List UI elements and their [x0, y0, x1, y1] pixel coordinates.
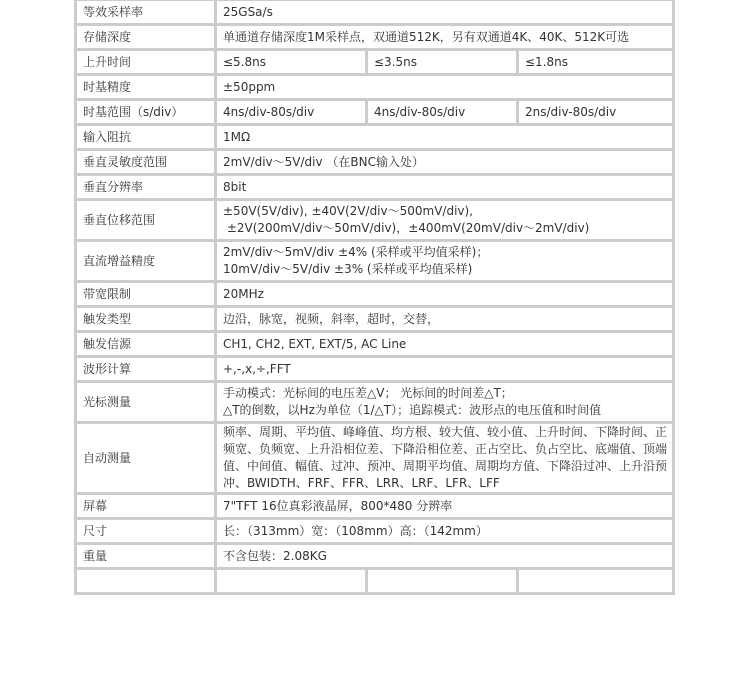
spec-value: ±50ppm: [216, 75, 674, 100]
spec-label: 触发类型: [76, 307, 216, 332]
spec-value-col2: ≤3.5ns: [367, 50, 518, 75]
spec-label: 直流增益精度: [76, 241, 216, 282]
spec-value: 不含包装：2.08KG: [216, 544, 674, 569]
spec-value: 单通道存储深度1M采样点，双通道512K，另有双通道4K、40K、512K可选: [216, 25, 674, 50]
spec-value-col2: [367, 569, 518, 594]
table-row-bandwidth-limit: 带宽限制 20MHz: [76, 282, 674, 307]
spec-label: 重量: [76, 544, 216, 569]
spec-table: 等效采样率 25GSa/s 存储深度 单通道存储深度1M采样点，双通道512K，…: [74, 0, 675, 595]
spec-value: 1MΩ: [216, 125, 674, 150]
spec-label: 自动测量: [76, 423, 216, 494]
spec-label: 垂直位移范围: [76, 200, 216, 241]
table-row-memory-depth: 存储深度 单通道存储深度1M采样点，双通道512K，另有双通道4K、40K、51…: [76, 25, 674, 50]
spec-value: 长：（313mm）宽：（108mm）高：（142mm）: [216, 519, 674, 544]
spec-label: 波形计算: [76, 357, 216, 382]
table-row-vertical-offset: 垂直位移范围 ±50V(5V/div), ±40V(2V/div～500mV/d…: [76, 200, 674, 241]
spec-value-col3: 2ns/div-80s/div: [518, 100, 674, 125]
table-row-waveform-math: 波形计算 +,-,x,÷,FFT: [76, 357, 674, 382]
spec-value-line: 10mV/div～5V/div ±3% (采样或平均值采样): [223, 261, 672, 278]
table-row-rise-time: 上升时间 ≤5.8ns ≤3.5ns ≤1.8ns: [76, 50, 674, 75]
table-row-trigger-source: 触发信源 CH1, CH2, EXT, EXT/5, AC Line: [76, 332, 674, 357]
table-row-cursor-measurement: 光标测量 手动模式：光标间的电压差△V； 光标间的时间差△T； △T的倒数，以H…: [76, 382, 674, 423]
table-row-sample-rate: 等效采样率 25GSa/s: [76, 0, 674, 25]
table-row-input-impedance: 输入阻抗 1MΩ: [76, 125, 674, 150]
spec-value-line: △T的倒数，以Hz为单位（1/△T）；追踪模式：波形点的电压值和时间值: [223, 402, 672, 419]
spec-value: 8bit: [216, 175, 674, 200]
table-row-auto-measurement: 自动测量 频率、周期、平均值、峰峰值、均方根、较大值、较小值、上升时间、下降时间…: [76, 423, 674, 494]
spec-value: 边沿，脉宽，视频，斜率，超时，交替，: [216, 307, 674, 332]
spec-value-col2: 4ns/div-80s/div: [367, 100, 518, 125]
table-row-vertical-resolution: 垂直分辨率 8bit: [76, 175, 674, 200]
spec-value-col3: [518, 569, 674, 594]
spec-value-line: ±2V(200mV/div～50mV/div)，±400mV(20mV/div～…: [223, 220, 672, 237]
table-row-timebase-accuracy: 时基精度 ±50ppm: [76, 75, 674, 100]
table-row-dc-gain-accuracy: 直流增益精度 2mV/div～5mV/div ±4% (采样或平均值采样)； 1…: [76, 241, 674, 282]
spec-value-line: 2mV/div～5mV/div ±4% (采样或平均值采样)；: [223, 244, 672, 261]
spec-value: ±50V(5V/div), ±40V(2V/div～500mV/div), ±2…: [216, 200, 674, 241]
spec-label: 时基精度: [76, 75, 216, 100]
spec-label: 等效采样率: [76, 0, 216, 25]
spec-label: 时基范围（s/div）: [76, 100, 216, 125]
spec-value-col1: [216, 569, 367, 594]
spec-label: 触发信源: [76, 332, 216, 357]
spec-label: 尺寸: [76, 519, 216, 544]
spec-value: +,-,x,÷,FFT: [216, 357, 674, 382]
spec-value: 频率、周期、平均值、峰峰值、均方根、较大值、较小值、上升时间、下降时间、正频宽、…: [216, 423, 674, 494]
spec-label: 屏幕: [76, 494, 216, 519]
table-row-trigger-type: 触发类型 边沿，脉宽，视频，斜率，超时，交替，: [76, 307, 674, 332]
spec-value: 2mV/div～5V/div （在BNC输入处）: [216, 150, 674, 175]
spec-value: CH1, CH2, EXT, EXT/5, AC Line: [216, 332, 674, 357]
table-row-weight: 重量 不含包装：2.08KG: [76, 544, 674, 569]
spec-value-col3: ≤1.8ns: [518, 50, 674, 75]
spec-value-col1: ≤5.8ns: [216, 50, 367, 75]
spec-value-col1: 4ns/div-80s/div: [216, 100, 367, 125]
table-row-partial-bottom: [76, 569, 674, 594]
spec-label: [76, 569, 216, 594]
spec-label: 光标测量: [76, 382, 216, 423]
spec-label: 带宽限制: [76, 282, 216, 307]
table-row-vertical-sensitivity: 垂直灵敏度范围 2mV/div～5V/div （在BNC输入处）: [76, 150, 674, 175]
spec-label: 上升时间: [76, 50, 216, 75]
table-row-screen: 屏幕 7"TFT 16位真彩液晶屏，800*480 分辨率: [76, 494, 674, 519]
table-row-dimensions: 尺寸 长：（313mm）宽：（108mm）高：（142mm）: [76, 519, 674, 544]
spec-value: 25GSa/s: [216, 0, 674, 25]
table-row-timebase-range: 时基范围（s/div） 4ns/div-80s/div 4ns/div-80s/…: [76, 100, 674, 125]
spec-value: 2mV/div～5mV/div ±4% (采样或平均值采样)； 10mV/div…: [216, 241, 674, 282]
spec-value-line: 手动模式：光标间的电压差△V； 光标间的时间差△T；: [223, 385, 672, 402]
spec-label: 存储深度: [76, 25, 216, 50]
spec-value: 7"TFT 16位真彩液晶屏，800*480 分辨率: [216, 494, 674, 519]
spec-label: 输入阻抗: [76, 125, 216, 150]
spec-value: 20MHz: [216, 282, 674, 307]
spec-value-line: ±50V(5V/div), ±40V(2V/div～500mV/div),: [223, 203, 672, 220]
spec-value: 手动模式：光标间的电压差△V； 光标间的时间差△T； △T的倒数，以Hz为单位（…: [216, 382, 674, 423]
spec-label: 垂直灵敏度范围: [76, 150, 216, 175]
spec-label: 垂直分辨率: [76, 175, 216, 200]
